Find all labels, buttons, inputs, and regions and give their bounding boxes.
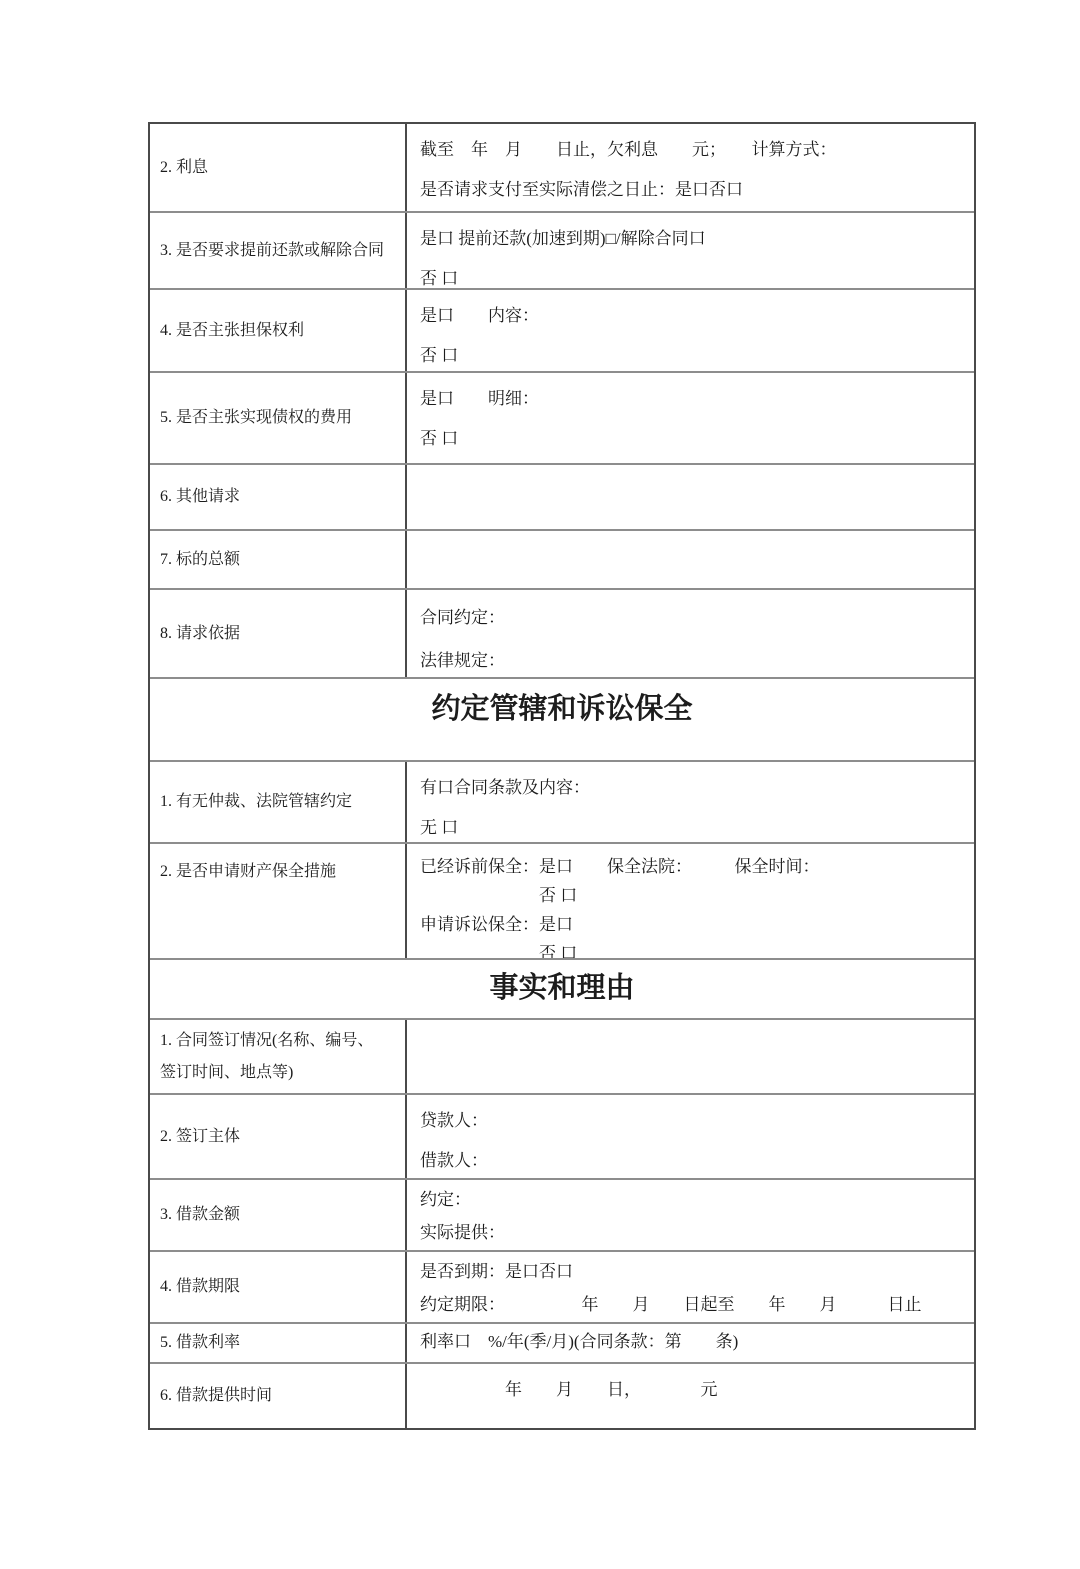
row-label-total-amount: 7. 标的总额: [150, 531, 407, 588]
table-row-jurisdiction: 1. 有无仲裁、法院管辖约定 有口合同条款及内容： 无 口: [150, 762, 974, 844]
row-content-interest: 截至 年 月 日止，欠利息 元； 计算方式： 是否请求支付至实际清偿之日止：是口…: [407, 124, 974, 211]
row-content-total-amount: [407, 531, 974, 588]
form-line: 贷款人：: [420, 1101, 964, 1141]
row-label-claim-basis: 8. 请求依据: [150, 590, 407, 677]
row-label-jurisdiction: 1. 有无仲裁、法院管辖约定: [150, 762, 407, 842]
form-line: 有口合同条款及内容：: [420, 768, 964, 808]
row-label-contract-signing: 1. 合同签订情况(名称、编号、 签订时间、地点等): [150, 1020, 407, 1093]
form-line: 否 口: [420, 419, 964, 459]
table-row-loan-term: 4. 借款期限 是否到期：是口否口 约定期限： 年 月 日起至 年 月 日止: [150, 1252, 974, 1324]
row-content-signing-parties: 贷款人： 借款人：: [407, 1095, 974, 1178]
row-content-early-repayment: 是口 提前还款(加速到期)□/解除合同口 否 口: [407, 213, 974, 288]
row-content-loan-rate: 利率口 %/年(季/月)(合同条款：第 条): [407, 1324, 974, 1362]
row-label-realization-cost: 5. 是否主张实现债权的费用: [150, 373, 407, 463]
row-label-interest: 2. 利息: [150, 124, 407, 211]
form-line: 否 口: [420, 939, 964, 958]
table-row-signing-parties: 2. 签订主体 贷款人： 借款人：: [150, 1095, 974, 1180]
row-label-loan-provide-time: 6. 借款提供时间: [150, 1364, 407, 1428]
row-content-realization-cost: 是口 明细： 否 口: [407, 373, 974, 463]
table-row-realization-cost: 5. 是否主张实现债权的费用 是口 明细： 否 口: [150, 373, 974, 465]
form-line: 已经诉前保全：是口 保全法院： 保全时间：: [420, 852, 964, 881]
form-line: 实际提供：: [420, 1216, 964, 1249]
row-label-loan-rate: 5. 借款利率: [150, 1324, 407, 1362]
form-line: 是否到期：是口否口: [420, 1255, 964, 1288]
form-line: 年 月 日， 元: [420, 1370, 964, 1410]
row-label-guarantee: 4. 是否主张担保权利: [150, 290, 407, 371]
table-row-claim-basis: 8. 请求依据 合同约定： 法律规定：: [150, 590, 974, 679]
row-label-signing-parties: 2. 签订主体: [150, 1095, 407, 1178]
form-line: 否 口: [420, 259, 964, 288]
table-row-total-amount: 7. 标的总额: [150, 531, 974, 590]
row-label-loan-amount: 3. 借款金额: [150, 1180, 407, 1250]
form-line: 是口 内容：: [420, 296, 964, 336]
table-row-other-claims: 6. 其他请求: [150, 465, 974, 531]
form-line: 无 口: [420, 808, 964, 842]
row-label-other-claims: 6. 其他请求: [150, 465, 407, 529]
form-line: 是否请求支付至实际清偿之日止：是口否口: [420, 170, 964, 210]
form-line: 约定期限： 年 月 日起至 年 月 日止: [420, 1288, 964, 1321]
section-header-jurisdiction-preservation: 约定管辖和诉讼保全: [150, 679, 974, 762]
form-line: 截至 年 月 日止，欠利息 元； 计算方式：: [420, 130, 964, 170]
table-row-preservation: 2. 是否申请财产保全措施 已经诉前保全：是口 保全法院： 保全时间： 否 口 …: [150, 844, 974, 960]
row-content-guarantee: 是口 内容： 否 口: [407, 290, 974, 371]
row-content-claim-basis: 合同约定： 法律规定：: [407, 590, 974, 677]
table-row-guarantee: 4. 是否主张担保权利 是口 内容： 否 口: [150, 290, 974, 373]
form-line: 申请诉讼保全：是口: [420, 910, 964, 939]
form-line: 利率口 %/年(季/月)(合同条款：第 条): [420, 1325, 964, 1359]
row-content-loan-amount: 约定： 实际提供：: [407, 1180, 974, 1250]
row-label-early-repayment: 3. 是否要求提前还款或解除合同: [150, 213, 407, 288]
form-line: 否 口: [420, 336, 964, 371]
form-line: 否 口: [420, 881, 964, 910]
row-label-loan-term: 4. 借款期限: [150, 1252, 407, 1322]
form-line: 是口 明细：: [420, 379, 964, 419]
row-content-loan-term: 是否到期：是口否口 约定期限： 年 月 日起至 年 月 日止: [407, 1252, 974, 1322]
row-content-preservation: 已经诉前保全：是口 保全法院： 保全时间： 否 口 申请诉讼保全：是口 否 口: [407, 844, 974, 958]
table-row-loan-provide-time: 6. 借款提供时间 年 月 日， 元: [150, 1364, 974, 1428]
form-line: 法律规定：: [420, 639, 964, 677]
row-label-preservation: 2. 是否申请财产保全措施: [150, 844, 407, 958]
form-line: 是口 提前还款(加速到期)□/解除合同口: [420, 219, 964, 259]
table-row-loan-rate: 5. 借款利率 利率口 %/年(季/月)(合同条款：第 条): [150, 1324, 974, 1364]
row-content-jurisdiction: 有口合同条款及内容： 无 口: [407, 762, 974, 842]
section-header-facts-reasons: 事实和理由: [150, 960, 974, 1020]
form-line: 借款人：: [420, 1141, 964, 1178]
table-row-contract-signing: 1. 合同签订情况(名称、编号、 签订时间、地点等): [150, 1020, 974, 1095]
form-line: 约定：: [420, 1183, 964, 1216]
litigation-form-table: 2. 利息 截至 年 月 日止，欠利息 元； 计算方式： 是否请求支付至实际清偿…: [148, 122, 976, 1430]
row-content-other-claims: [407, 465, 974, 529]
table-row-early-repayment: 3. 是否要求提前还款或解除合同 是口 提前还款(加速到期)□/解除合同口 否 …: [150, 213, 974, 290]
row-content-loan-provide-time: 年 月 日， 元: [407, 1364, 974, 1428]
row-content-contract-signing: [407, 1020, 974, 1093]
form-line: 合同约定：: [420, 596, 964, 639]
table-row-loan-amount: 3. 借款金额 约定： 实际提供：: [150, 1180, 974, 1252]
table-row-interest: 2. 利息 截至 年 月 日止，欠利息 元； 计算方式： 是否请求支付至实际清偿…: [150, 124, 974, 213]
